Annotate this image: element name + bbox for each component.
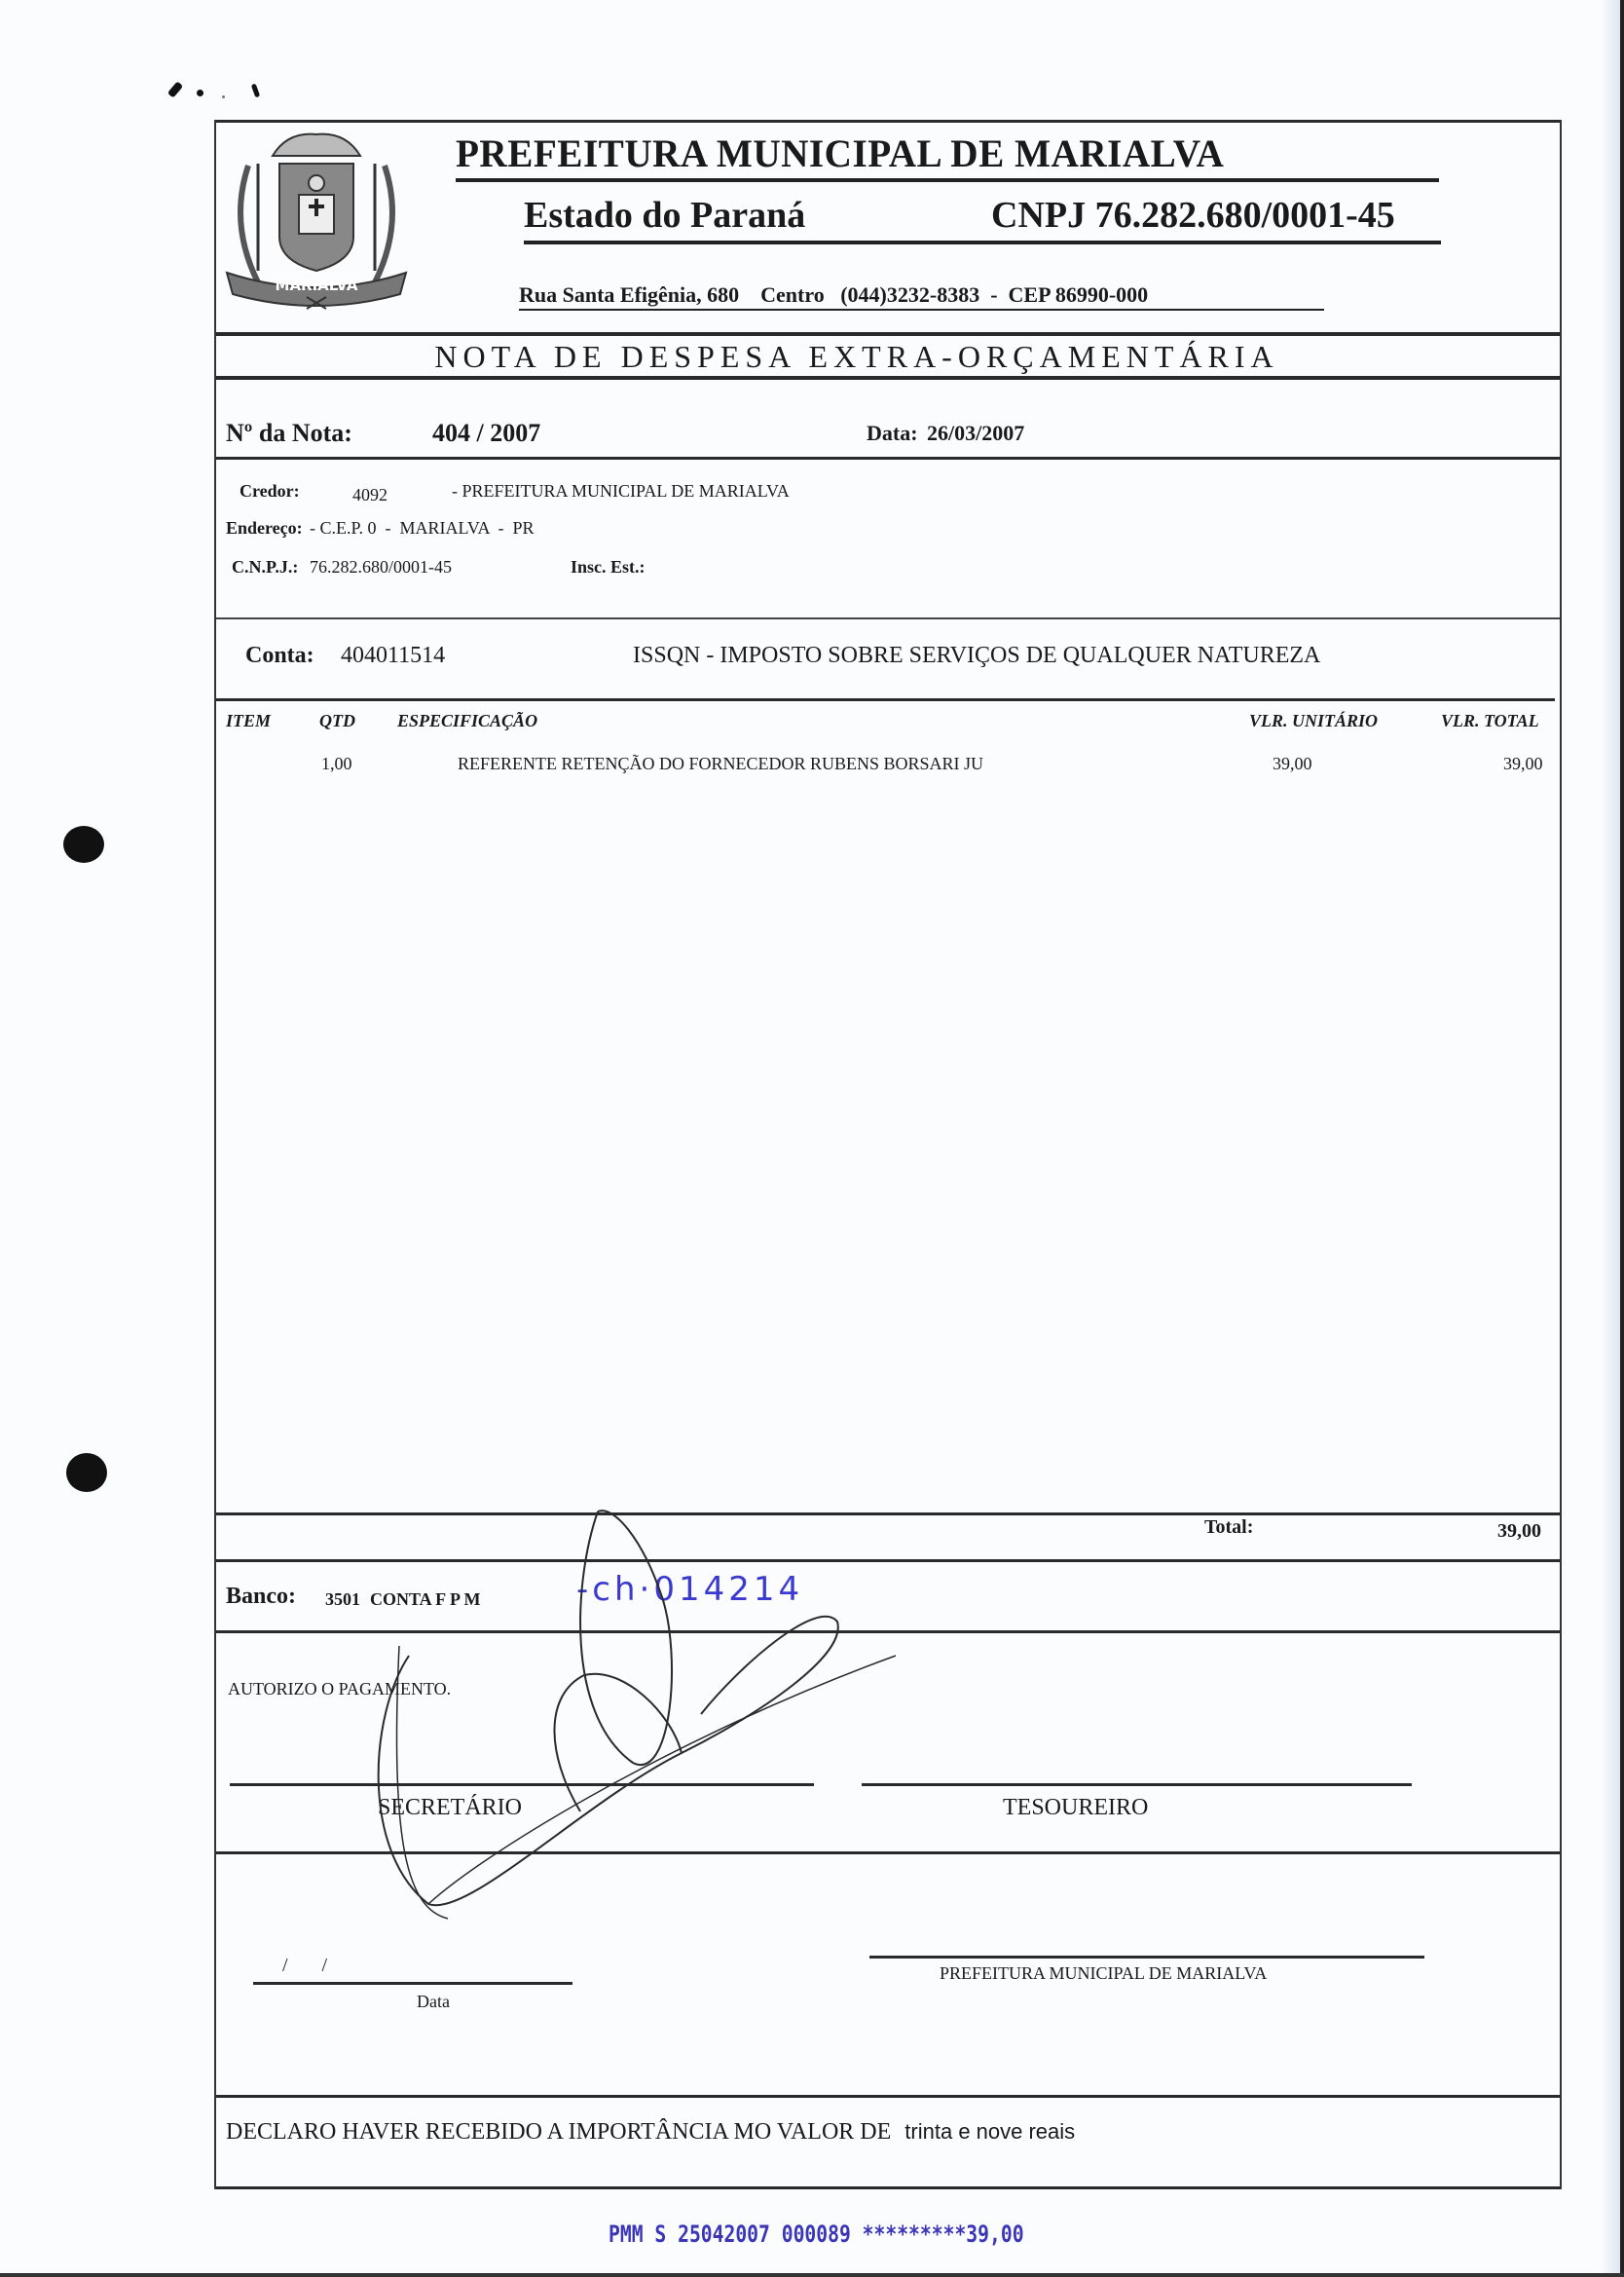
insc-est-label: Insc. Est.: bbox=[571, 557, 646, 578]
rule-bank-bottom bbox=[216, 1630, 1560, 1633]
banco-label: Banco: bbox=[226, 1584, 296, 1610]
state-label: Estado do Paraná bbox=[524, 194, 805, 237]
banco-account-name: CONTA F P M bbox=[370, 1589, 481, 1610]
rule-bottom bbox=[216, 2186, 1560, 2189]
rule-creditor-bottom bbox=[216, 617, 1560, 619]
conta-label: Conta: bbox=[245, 643, 314, 669]
credor-label: Credor: bbox=[240, 481, 300, 502]
cell-qtd: 1,00 bbox=[321, 754, 352, 774]
rule-receipt-bottom bbox=[216, 2095, 1560, 2098]
authorization-text: AUTORIZO O PAGAMENTO. bbox=[228, 1679, 451, 1699]
secretario-signature-line bbox=[230, 1783, 814, 1786]
title-underline bbox=[456, 178, 1439, 182]
col-header-item: ITEM bbox=[226, 711, 271, 731]
cnpj-value: 76.282.680/0001-45 bbox=[310, 557, 452, 578]
receipt-date-label: Data bbox=[417, 1992, 450, 2012]
col-header-especificacao: ESPECIFICAÇÃO bbox=[397, 711, 537, 731]
receipt-date-slashes: / / bbox=[282, 1955, 327, 1977]
conta-value: 404011514 bbox=[341, 643, 445, 669]
mechanical-authentication-stamp: PMM S 25042007 000089 *********39,00 bbox=[609, 2221, 1024, 2248]
nota-number-value: 404 / 2007 bbox=[432, 419, 540, 448]
page-edge-bottom bbox=[0, 2273, 1624, 2277]
header-address: Rua Santa Efigênia, 680 Centro (044)3232… bbox=[519, 282, 1148, 308]
rule-total-bottom bbox=[216, 1559, 1560, 1562]
address-underline bbox=[519, 309, 1324, 311]
endereco-label: Endereço: bbox=[226, 518, 303, 539]
rule-title-top bbox=[216, 332, 1560, 336]
endereco-value: - C.E.P. 0 - MARIALVA - PR bbox=[310, 518, 535, 539]
rule-account-bottom bbox=[216, 698, 1555, 701]
credor-code: 4092 bbox=[352, 485, 388, 505]
receipt-entity-line bbox=[869, 1956, 1424, 1959]
secretario-label: SECRETÁRIO bbox=[378, 1795, 522, 1821]
account-description: ISSQN - IMPOSTO SOBRE SERVIÇOS DE QUALQU… bbox=[633, 643, 1320, 669]
rule-title-bottom bbox=[216, 376, 1560, 380]
tesoureiro-label: TESOUREIRO bbox=[1003, 1795, 1148, 1821]
rule-nota-bottom bbox=[216, 457, 1560, 460]
col-header-vlr-total: VLR. TOTAL bbox=[1441, 711, 1539, 731]
document-title: NOTA DE DESPESA EXTRA-ORÇAMENTÁRIA bbox=[292, 339, 1421, 375]
receipt-date-line bbox=[253, 1982, 572, 1985]
rule-top bbox=[216, 120, 1560, 123]
state-underline bbox=[524, 241, 1441, 244]
rule-items-bottom bbox=[216, 1512, 1560, 1515]
cnpj-label: C.N.P.J.: bbox=[232, 557, 298, 578]
punch-hole-bottom bbox=[66, 1453, 107, 1492]
total-label: Total: bbox=[1204, 1516, 1253, 1539]
cell-especificacao: REFERENTE RETENÇÃO DO FORNECEDOR RUBENS … bbox=[458, 754, 983, 774]
cell-vlr-total: 39,00 bbox=[1503, 754, 1543, 774]
cell-vlr-unitario: 39,00 bbox=[1273, 754, 1312, 774]
nota-number-label: Nº da Nota: bbox=[226, 419, 352, 448]
receipt-entity-label: PREFEITURA MUNICIPAL DE MARIALVA bbox=[940, 1963, 1267, 1984]
banco-code: 3501 bbox=[325, 1589, 360, 1610]
nota-date-label: Data: bbox=[867, 421, 918, 446]
tesoureiro-signature-line bbox=[862, 1783, 1412, 1786]
col-header-qtd: QTD bbox=[319, 711, 355, 731]
scan-marks bbox=[167, 76, 275, 105]
rule-auth-bottom bbox=[216, 1851, 1560, 1854]
declaration-amount-words: trinta e nove reais bbox=[904, 2119, 1075, 2144]
declaration-text: DECLARO HAVER RECEBIDO A IMPORTÂNCIA MO … bbox=[226, 2119, 1075, 2146]
declaration-prefix: DECLARO HAVER RECEBIDO A IMPORTÂNCIA MO … bbox=[226, 2119, 891, 2145]
credor-name: - PREFEITURA MUNICIPAL DE MARIALVA bbox=[452, 481, 790, 502]
page-edge-right bbox=[1620, 0, 1624, 2277]
municipality-title: PREFEITURA MUNICIPAL DE MARIALVA bbox=[456, 131, 1224, 176]
col-header-vlr-unitario: VLR. UNITÁRIO bbox=[1249, 711, 1378, 731]
nota-date-value: 26/03/2007 bbox=[927, 421, 1024, 446]
table-row: 1,00 REFERENTE RETENÇÃO DO FORNECEDOR RU… bbox=[226, 752, 1555, 781]
handwritten-cheque-number: -ch·014214 bbox=[576, 1570, 803, 1609]
header-cnpj: CNPJ 76.282.680/0001-45 bbox=[991, 194, 1395, 237]
svg-text:MARIALVA: MARIALVA bbox=[276, 277, 358, 294]
page-edge-shadow bbox=[1601, 0, 1620, 2277]
total-value: 39,00 bbox=[1497, 1520, 1541, 1543]
punch-hole-top bbox=[63, 826, 104, 863]
coat-of-arms-icon: MARIALVA bbox=[219, 127, 414, 312]
